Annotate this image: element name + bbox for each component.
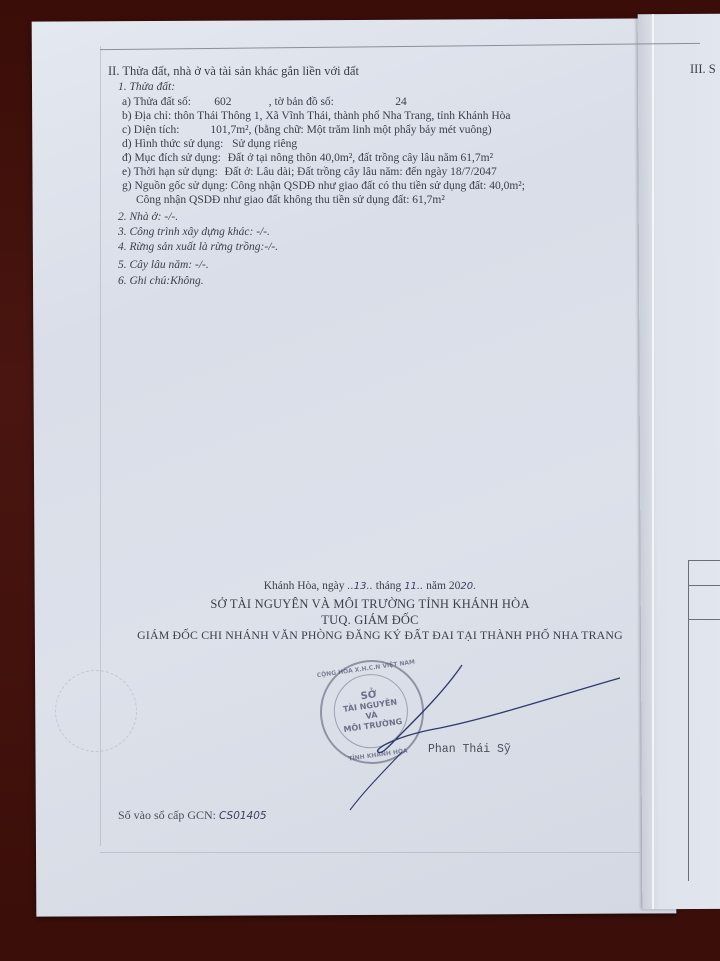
right-section-heading: III. S (690, 62, 716, 77)
address-row: b) Địa chỉ: thôn Thái Thông 1, Xã Vĩnh T… (122, 110, 511, 122)
registry-value: CS01405 (219, 810, 267, 822)
address-value: thôn Thái Thông 1, Xã Vĩnh Thái, thành p… (174, 110, 510, 122)
ghost-stamp-mark (55, 670, 137, 752)
item-label: 2. Nhà ở: (118, 211, 162, 223)
issue-year: 20. (460, 581, 476, 592)
table-divider (689, 585, 720, 586)
item-other-construction: 3. Công trình xây dựng khác: -/-. (118, 226, 270, 238)
origin-label: g) Nguồn gốc sử dụng: (122, 180, 228, 192)
right-page-table (688, 560, 720, 881)
bottom-border-line (100, 852, 640, 853)
signer-title: GIÁM ĐỐC CHI NHÁNH VĂN PHÒNG ĐĂNG KÝ ĐẤT… (100, 628, 660, 643)
tuq-title: TUQ. GIÁM ĐỐC (90, 613, 650, 628)
term-label: e) Thời hạn sử dụng: (122, 166, 218, 178)
date-prefix: Khánh Hòa, ngày (264, 580, 345, 592)
item-perennial-trees: 5. Cây lâu năm: -/-. (118, 259, 209, 271)
item-value: -/-. (195, 259, 209, 271)
usage-form-value: Sử dụng riêng (232, 138, 297, 150)
map-sheet-label: , tờ bản đồ số: (269, 96, 334, 108)
term-row: e) Thời hạn sử dụng: Đất ở: Lâu dài; Đất… (122, 166, 497, 178)
origin-value-2: Công nhận QSDĐ như giao đất không thu ti… (136, 194, 445, 206)
table-divider (689, 619, 720, 620)
purpose-value: Đất ở tại nông thôn 40,0m², đất trồng câ… (228, 152, 493, 164)
registry-number-row: Số vào sổ cấp GCN: CS01405 (118, 808, 267, 823)
parcel-number: 602 (194, 96, 252, 108)
area-value: 101,7m², (bằng chữ: Một trăm linh một ph… (210, 124, 491, 136)
parcel-row: a) Thửa đất số: 602 , tờ bản đồ số: 24 (122, 96, 407, 108)
signature-stroke (330, 660, 630, 820)
issue-day: ..13.. (347, 581, 372, 592)
agency-name: SỞ TÀI NGUYÊN VÀ MÔI TRƯỜNG TỈNH KHÁNH H… (90, 597, 650, 612)
parcel-label: a) Thửa đất số: (122, 96, 191, 108)
section-title: II. Thửa đất, nhà ở và tài sản khác gắn … (108, 64, 359, 79)
month-label: tháng (376, 580, 402, 592)
item-value: -/-. (256, 226, 270, 238)
land-heading: 1. Thửa đất: (118, 81, 175, 93)
map-sheet-number: 24 (337, 96, 407, 108)
item-house: 2. Nhà ở: -/-. (118, 211, 178, 223)
item-label: 6. Ghi chú: (118, 275, 170, 287)
item-production-forest: 4. Rừng sản xuất là rừng trồng:-/-. (118, 241, 278, 253)
item-label: 5. Cây lâu năm: (118, 259, 192, 271)
purpose-row: đ) Mục đích sử dụng: Đất ở tại nông thôn… (122, 152, 493, 164)
page-fold (652, 14, 654, 909)
item-value: Không. (170, 275, 204, 287)
origin-row: g) Nguồn gốc sử dụng: Công nhận QSDĐ như… (122, 180, 525, 192)
issue-date-line: Khánh Hòa, ngày ..13.. tháng 11.. năm 20… (90, 580, 650, 592)
item-value: -/-. (164, 211, 178, 223)
item-value: -/-. (264, 241, 278, 253)
item-label: 3. Công trình xây dựng khác: (118, 226, 253, 238)
issue-month: 11.. (404, 581, 423, 592)
term-value: Đất ở: Lâu dài; Đất trồng cây lâu năm: đ… (225, 166, 497, 178)
origin-value-1: Công nhận QSDĐ như giao đất có thu tiền … (231, 180, 525, 192)
usage-form-label: d) Hình thức sử dụng: (122, 138, 223, 150)
area-label: c) Diện tích: (122, 124, 179, 136)
purpose-label: đ) Mục đích sử dụng: (122, 152, 221, 164)
item-label: 4. Rừng sản xuất là rừng trồng: (118, 241, 264, 253)
signer-name: Phan Thái Sỹ (428, 743, 511, 756)
address-label: b) Địa chỉ: (122, 110, 171, 122)
year-label: năm 20 (426, 580, 460, 592)
registry-label: Số vào sổ cấp GCN: (118, 808, 216, 822)
usage-form-row: d) Hình thức sử dụng: Sử dụng riêng (122, 138, 297, 150)
area-row: c) Diện tích: 101,7m², (bằng chữ: Một tr… (122, 124, 492, 136)
item-note: 6. Ghi chú:Không. (118, 275, 204, 287)
